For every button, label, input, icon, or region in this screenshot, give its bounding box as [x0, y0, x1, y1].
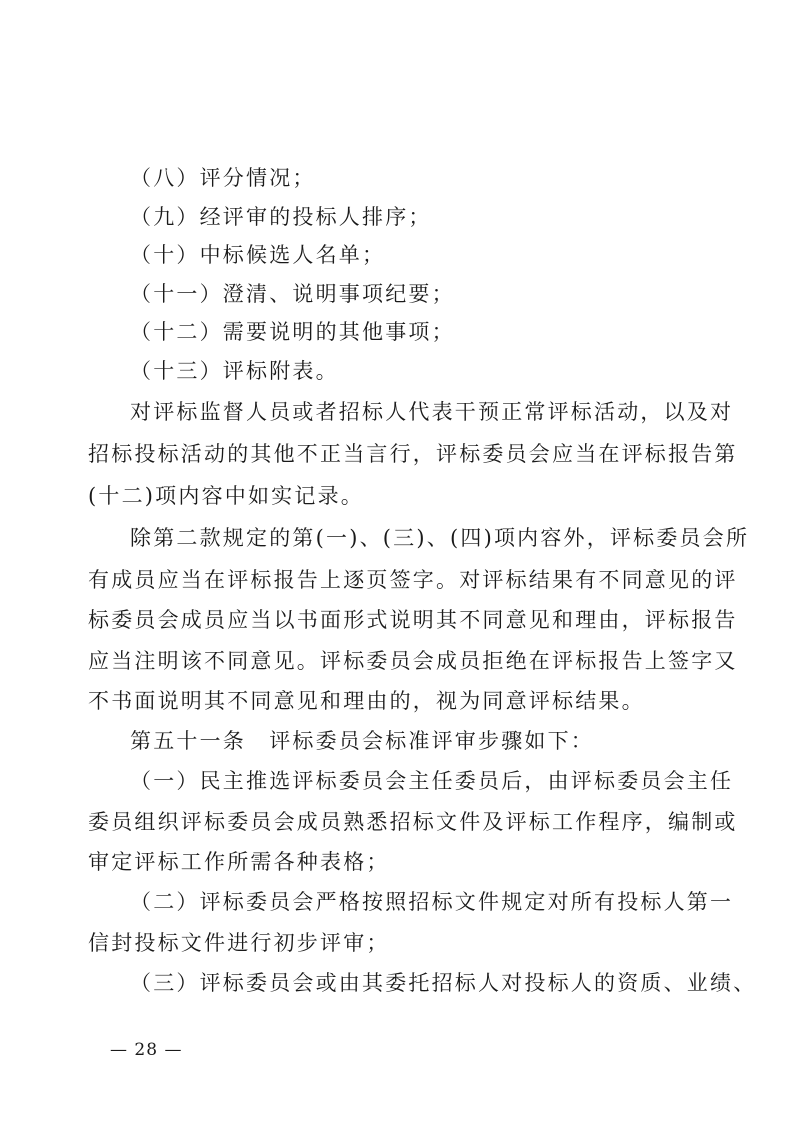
step-line: （一）民主推选评标委员会主任委员后，由评标委员会主任 [130, 767, 750, 795]
paragraph-line: (十二)项内容中如实记录。 [88, 482, 708, 510]
paragraph-line: 有成员应当在评标报告上逐页签字。对评标结果有不同意见的评 [88, 566, 708, 594]
step-line: （二）评标委员会严格按照招标文件规定对所有投标人第一 [130, 888, 750, 916]
paragraph-line: 对评标监督人员或者招标人代表干预正常评标活动，以及对 [130, 398, 750, 426]
paragraph-line: 不书面说明其不同意见和理由的，视为同意评标结果。 [88, 687, 708, 715]
list-item-10: （十）中标候选人名单； [130, 241, 750, 269]
page-number: — 28 — [110, 1040, 182, 1060]
article-heading: 第五十一条 评标委员会标准评审步骤如下： [130, 727, 750, 755]
paragraph-line: 应当注明该不同意见。评标委员会成员拒绝在评标报告上签字又 [88, 647, 708, 675]
paragraph-line: 标委员会成员应当以书面形式说明其不同意见和理由，评标报告 [88, 606, 708, 634]
step-line: （三）评标委员会或由其委托招标人对投标人的资质、业绩、 [130, 969, 750, 997]
paragraph-line: 招标投标活动的其他不正当言行，评标委员会应当在评标报告第 [88, 440, 708, 468]
step-line: 信封投标文件进行初步评审； [88, 929, 708, 957]
list-item-11: （十一）澄清、说明事项纪要； [130, 280, 750, 308]
document-page: （八）评分情况； （九）经评审的投标人排序； （十）中标候选人名单； （十一）澄… [0, 0, 793, 1121]
list-item-8: （八）评分情况； [130, 164, 750, 192]
list-item-13: （十三）评标附表。 [130, 357, 750, 385]
list-item-12: （十二）需要说明的其他事项； [130, 318, 750, 346]
list-item-9: （九）经评审的投标人排序； [130, 203, 750, 231]
paragraph-line: 除第二款规定的第(一)、(三)、(四)项内容外，评标委员会所 [130, 524, 750, 552]
step-line: 审定评标工作所需各种表格； [88, 848, 708, 876]
step-line: 委员组织评标委员会成员熟悉招标文件及评标工作程序，编制或 [88, 808, 708, 836]
